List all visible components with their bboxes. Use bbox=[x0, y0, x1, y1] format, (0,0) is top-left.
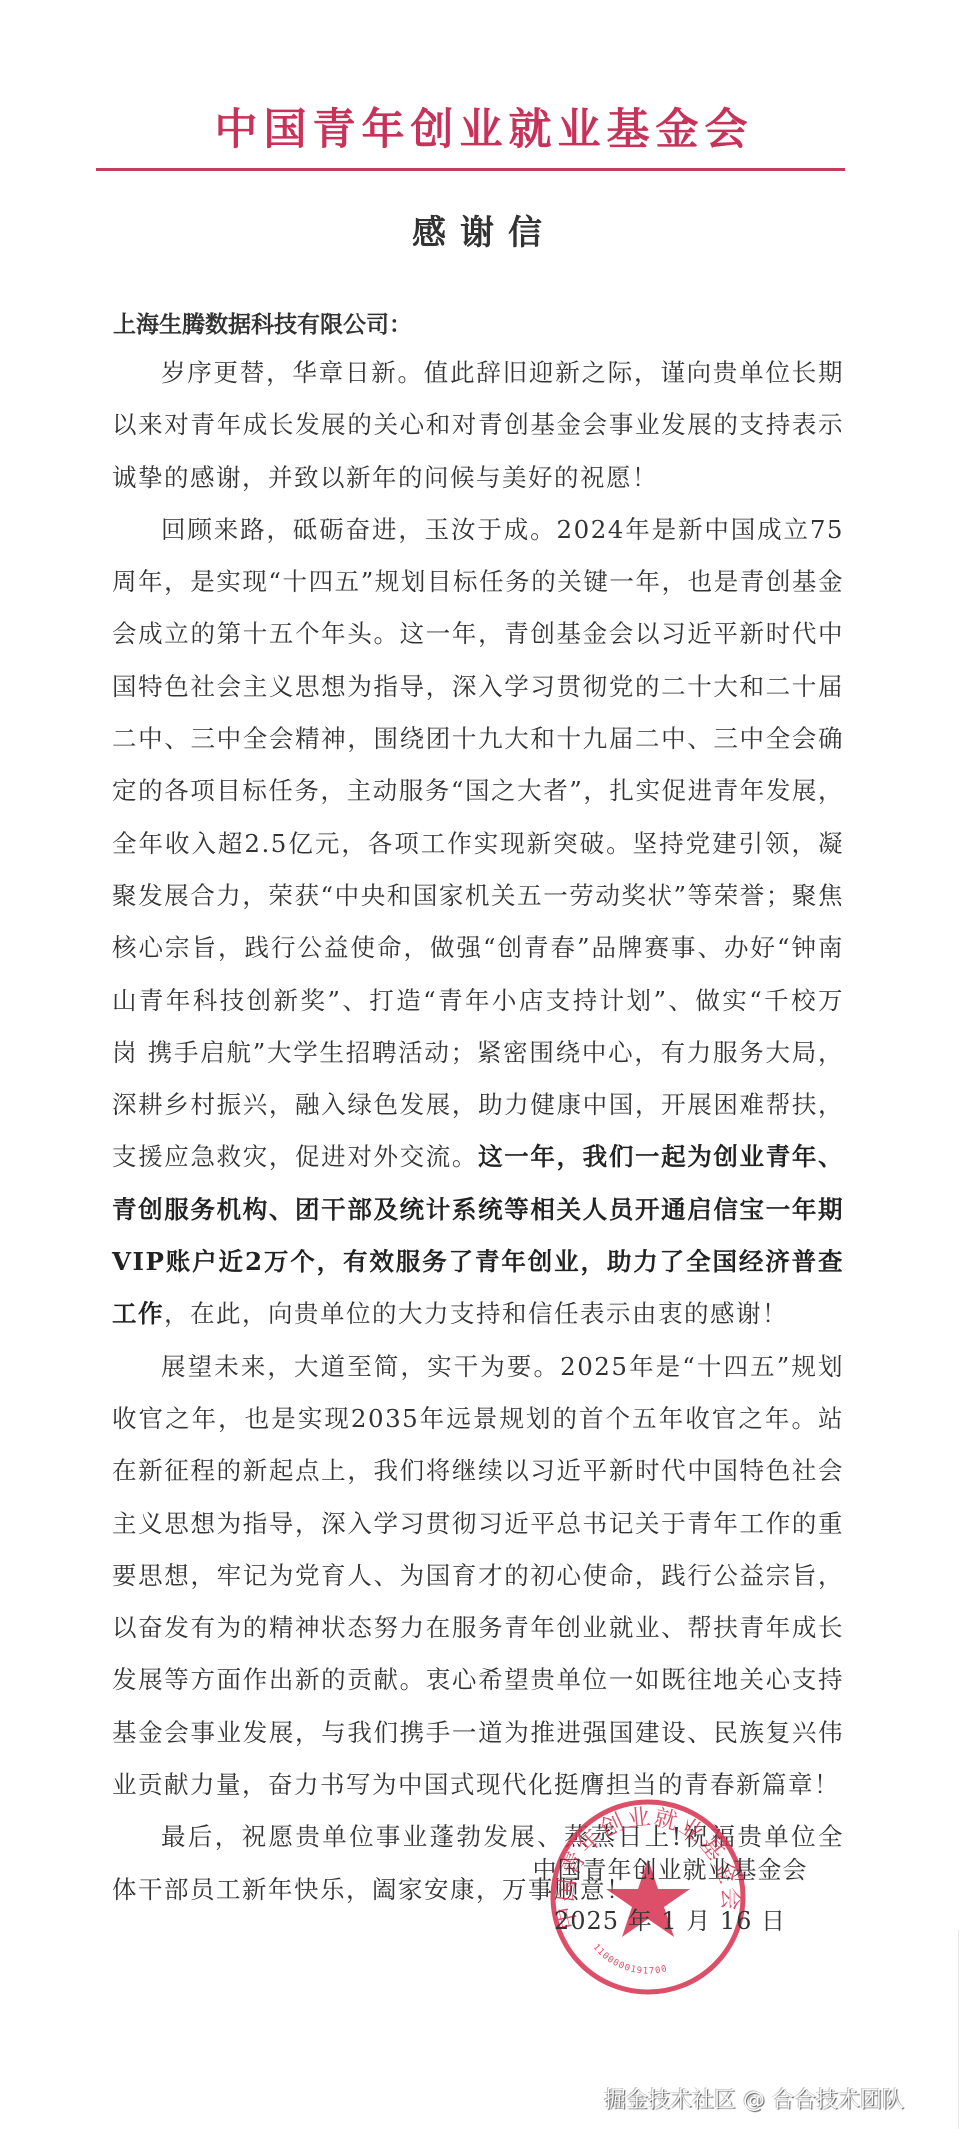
page-edge-divider bbox=[958, 1930, 959, 2129]
letterhead-red-rule bbox=[96, 168, 845, 171]
paragraph-review: 回顾来路，砥砺奋进，玉汝于成。2024年是新中国成立75周年，是实现“十四五”规… bbox=[112, 504, 844, 1341]
svg-text:1100000191700: 1100000191700 bbox=[591, 1942, 669, 1976]
letter-body: 岁序更替，华章日新。值此辞旧迎新之际，谨向贵单位长期以来对青年成长发展的关心和对… bbox=[112, 347, 844, 1916]
paragraph-outlook: 展望未来，大道至简，实干为要。2025年是“十四五”规划收官之年，也是实现203… bbox=[112, 1341, 844, 1812]
letterhead-org-name: 中国青年创业就业基金会 bbox=[0, 96, 968, 157]
salutation: 上海生腾数据科技有限公司： bbox=[113, 306, 412, 339]
watermark: 掘金技术社区 @ 合合技术团队 bbox=[604, 2083, 904, 2114]
signature-date: 2025 年 1 月 16 日 bbox=[520, 1901, 820, 1936]
signature-org: 中国青年创业就业基金会 bbox=[520, 1850, 820, 1885]
paragraph-review-tail: ，在此，向贵单位的大力支持和信任表示由衷的感谢！ bbox=[164, 1299, 788, 1328]
paragraph-review-text: 回顾来路，砥砺奋进，玉汝于成。2024年是新中国成立75周年，是实现“十四五”规… bbox=[112, 515, 844, 1172]
seal-serial-number: 1100000191700 bbox=[591, 1942, 669, 1976]
document-title: 感谢信 bbox=[0, 205, 968, 254]
paragraph-greeting: 岁序更替，华章日新。值此辞旧迎新之际，谨向贵单位长期以来对青年成长发展的关心和对… bbox=[112, 347, 844, 504]
signature-block: 中国青年创业就业基金会 2025 年 1 月 16 日 bbox=[520, 1850, 820, 1936]
